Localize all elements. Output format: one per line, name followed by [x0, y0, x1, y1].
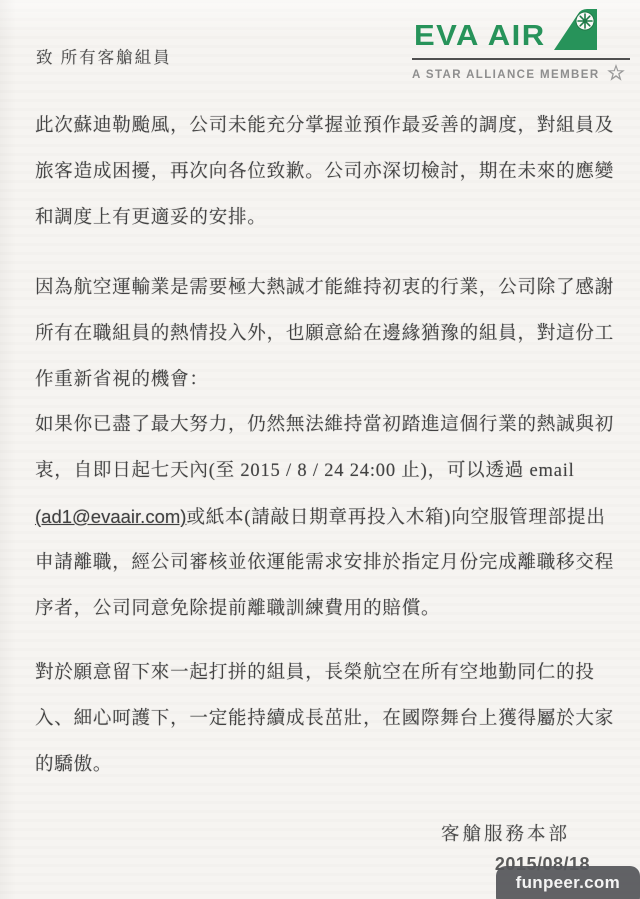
email-address: (ad1@evaair.com)	[35, 506, 186, 527]
paragraph-encouragement: 對於願意留下來一起打拼的組員，長榮航空在所有空地勤同仁的投 入、細心呵護下，一定…	[35, 650, 610, 788]
paragraph-resignation-offer: 如果你已盡了最大努力，仍然無法維持當初踏進這個行業的熱誠與初 衷，自即日起七天內…	[35, 402, 610, 632]
eva-air-wordmark: EVA AIR	[414, 19, 546, 54]
eva-air-tailfin-icon	[549, 8, 597, 55]
scanned-letter-page: 致 所有客艙組員 EVA AIR A STAR ALL	[0, 0, 640, 899]
paragraph-apology: 此次蘇迪勒颱風，公司未能充分掌握並預作最妥善的調度，對組員及 旅客造成困擾，再次…	[35, 103, 610, 241]
paragraph-line: 序者，公司同意免除提前離職訓練費用的賠償。	[35, 586, 610, 632]
paragraph-line: 衷，自即日起七天內(至 2015 / 8 / 24 24:00 止)，可以透過 …	[35, 448, 610, 494]
paragraph-line-with-email: (ad1@evaair.com)或紙本(請敲日期章再投入木箱)向空服管理部提出	[35, 494, 610, 540]
paragraph-line: 申請離職，經公司審核並依運能需求安排於指定月份完成離職移交程	[35, 540, 610, 586]
funpeer-watermark: funpeer.com	[496, 866, 640, 899]
paragraph-line: 對於願意留下來一起打拼的組員，長榮航空在所有空地勤同仁的投	[35, 650, 610, 696]
paragraph-line: 和調度上有更適妥的安排。	[35, 195, 610, 241]
signature-department: 客艙服務本部	[441, 820, 570, 846]
paragraph-gratitude: 因為航空運輸業是需要極大熱誠才能維持初衷的行業，公司除了感謝 所有在職組員的熱情…	[35, 265, 610, 403]
brand-row: EVA AIR	[412, 8, 630, 55]
email-line-rest: 或紙本(請敲日期章再投入木箱)向空服管理部提出	[186, 508, 605, 528]
star-alliance-icon	[607, 64, 625, 85]
star-alliance-row: A STAR ALLIANCE MEMBER	[412, 58, 630, 85]
paragraph-line: 因為航空運輸業是需要極大熱誠才能維持初衷的行業，公司除了感謝	[35, 265, 610, 311]
paragraph-line: 入、細心呵護下，一定能持續成長茁壯，在國際舞台上獲得屬於大家	[35, 696, 610, 742]
eva-air-logo: EVA AIR A STAR ALLIANCE MEMBER	[412, 8, 630, 85]
paragraph-line: 所有在職組員的熱情投入外，也願意給在邊緣猶豫的組員，對這份工	[35, 311, 610, 357]
paragraph-line: 旅客造成困擾，再次向各位致歉。公司亦深切檢討，期在未來的應變	[35, 149, 610, 195]
salutation: 致 所有客艙組員	[36, 44, 172, 68]
paragraph-line: 如果你已盡了最大努力，仍然無法維持當初踏進這個行業的熱誠與初	[35, 402, 610, 448]
star-alliance-label: A STAR ALLIANCE MEMBER	[412, 69, 600, 81]
paragraph-line: 此次蘇迪勒颱風，公司未能充分掌握並預作最妥善的調度，對組員及	[35, 103, 610, 149]
paragraph-line: 作重新省視的機會：	[35, 357, 610, 403]
paragraph-line: 的驕傲。	[35, 742, 610, 788]
